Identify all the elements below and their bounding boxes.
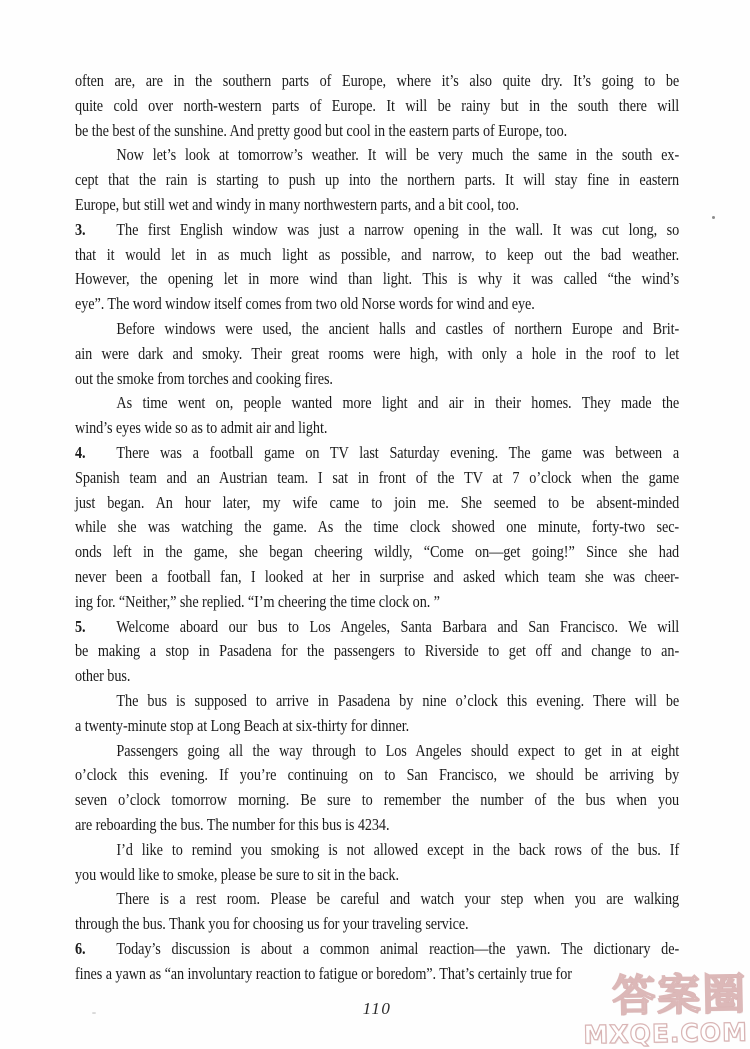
text-line: There is a rest room. Please be careful … bbox=[75, 887, 679, 912]
text-line: o’clock this evening. If you’re continui… bbox=[75, 763, 679, 788]
text-line: ing for. “Neither,” she replied. “I’m ch… bbox=[75, 590, 679, 615]
text-line: Passengers going all the way through to … bbox=[75, 739, 679, 764]
passage-text-block: often are, are in the southern parts of … bbox=[75, 69, 679, 986]
scanned-book-page: often are, are in the southern parts of … bbox=[0, 0, 750, 1049]
watermark: 答案圈 MXQE.COM bbox=[582, 974, 748, 1048]
text-line: onds left in the game, she began cheerin… bbox=[75, 540, 679, 565]
text-line: I’d like to remind you smoking is not al… bbox=[75, 838, 679, 863]
text-line: a twenty-minute stop at Long Beach at si… bbox=[75, 714, 679, 739]
text-line: quite cold over north-western parts of E… bbox=[75, 94, 679, 119]
paragraph-bus-schedule: The bus is supposed to arrive in Pasaden… bbox=[75, 689, 679, 739]
paragraph-weather-tomorrow: Now let’s look at tomorrow’s weather. It… bbox=[75, 143, 679, 217]
paragraph-item-4-football: 4.There was a football game on TV last S… bbox=[75, 441, 679, 615]
paragraph-passengers-through: Passengers going all the way through to … bbox=[75, 739, 679, 838]
text-line: Europe, but still wet and windy in many … bbox=[75, 193, 679, 218]
item-number-5: 5. bbox=[75, 615, 116, 640]
text-line: Now let’s look at tomorrow’s weather. It… bbox=[75, 143, 679, 168]
text-line: while she was watching the game. As the … bbox=[75, 515, 679, 540]
text-line-content: There was a football game on TV last Sat… bbox=[116, 443, 679, 462]
text-line: never been a football fan, I looked at h… bbox=[75, 565, 679, 590]
text-line: 6.Today’s discussion is about a common a… bbox=[75, 937, 679, 962]
text-line: seven o’clock tomorrow morning. Be sure … bbox=[75, 788, 679, 813]
text-line: As time went on, people wanted more ligh… bbox=[75, 391, 679, 416]
scan-speck bbox=[92, 1012, 96, 1014]
text-line: often are, are in the southern parts of … bbox=[75, 69, 679, 94]
scan-speck bbox=[712, 216, 715, 219]
text-line: 4.There was a football game on TV last S… bbox=[75, 441, 679, 466]
text-line: 3.The first English window was just a na… bbox=[75, 218, 679, 243]
text-line: are reboarding the bus. The number for t… bbox=[75, 813, 679, 838]
item-number-6: 6. bbox=[75, 937, 116, 962]
paragraph-weather-today: often are, are in the southern parts of … bbox=[75, 69, 679, 143]
paragraph-item-3-windows: 3.The first English window was just a na… bbox=[75, 218, 679, 317]
text-line: through the bus. Thank you for choosing … bbox=[75, 912, 679, 937]
text-line: eye”. The word window itself comes from … bbox=[75, 292, 679, 317]
text-line: 5.Welcome aboard our bus to Los Angeles,… bbox=[75, 615, 679, 640]
paragraph-item-5-bus-welcome: 5.Welcome aboard our bus to Los Angeles,… bbox=[75, 615, 679, 689]
watermark-site-name: MXQE.COM bbox=[583, 1020, 748, 1048]
text-line: wind’s eyes wide so as to admit air and … bbox=[75, 416, 679, 441]
text-line-content: Today’s discussion is about a common ani… bbox=[116, 939, 679, 958]
text-line-content: Welcome aboard our bus to Los Angeles, S… bbox=[116, 617, 679, 636]
text-line-content: The first English window was just a narr… bbox=[116, 220, 679, 239]
paragraph-rest-room: There is a rest room. Please be careful … bbox=[75, 887, 679, 937]
text-line: just began. An hour later, my wife came … bbox=[75, 491, 679, 516]
watermark-chinese-logo: 答案圈 bbox=[582, 974, 747, 1020]
text-line: The bus is supposed to arrive in Pasaden… bbox=[75, 689, 679, 714]
text-line: Spanish team and an Austrian team. I sat… bbox=[75, 466, 679, 491]
text-line: you would like to smoke, please be sure … bbox=[75, 863, 679, 888]
paragraph-as-time-went-on: As time went on, people wanted more ligh… bbox=[75, 391, 679, 441]
text-line: be the best of the sunshine. And pretty … bbox=[75, 119, 679, 144]
paragraph-before-windows: Before windows were used, the ancient ha… bbox=[75, 317, 679, 391]
text-line: other bus. bbox=[75, 664, 679, 689]
text-line: be making a stop in Pasadena for the pas… bbox=[75, 639, 679, 664]
text-line: ain were dark and smoky. Their great roo… bbox=[75, 342, 679, 367]
item-number-3: 3. bbox=[75, 218, 116, 243]
text-line: out the smoke from torches and cooking f… bbox=[75, 367, 679, 392]
text-line: cept that the rain is starting to push u… bbox=[75, 168, 679, 193]
paragraph-smoking-reminder: I’d like to remind you smoking is not al… bbox=[75, 838, 679, 888]
item-number-4: 4. bbox=[75, 441, 116, 466]
text-line: However, the opening let in more wind th… bbox=[75, 267, 679, 292]
text-line: that it would let in as much light as po… bbox=[75, 243, 679, 268]
text-line: Before windows were used, the ancient ha… bbox=[75, 317, 679, 342]
